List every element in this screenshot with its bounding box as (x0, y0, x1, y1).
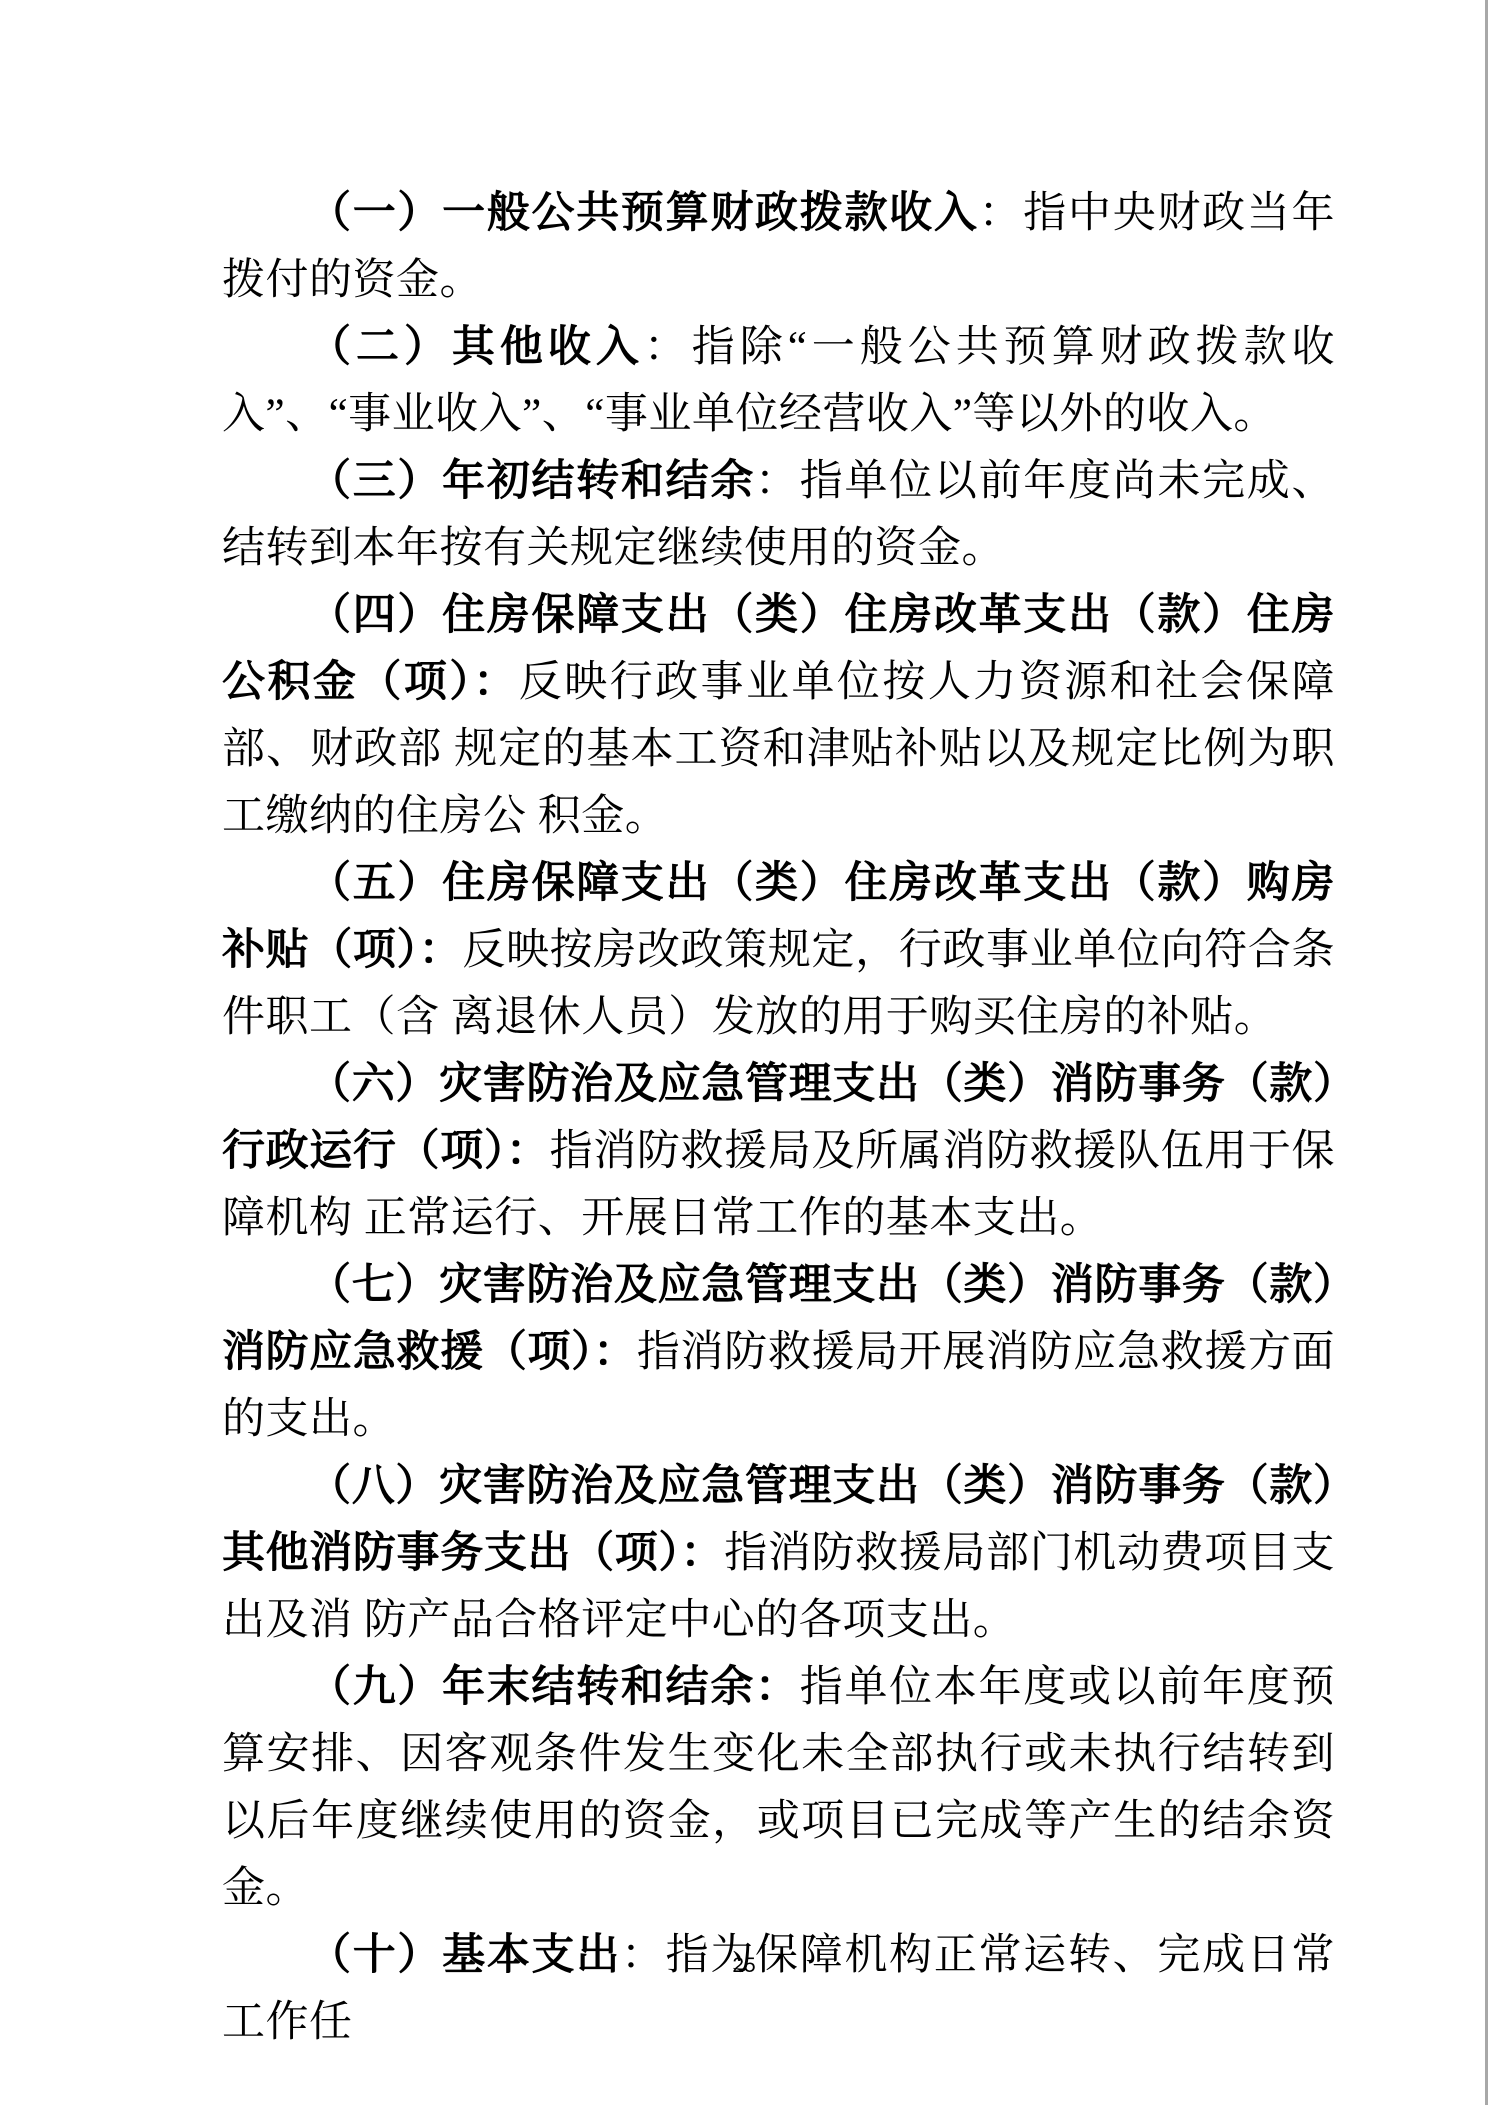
definition-paragraph-2: （二）其他收入：指除“一般公共预算财政拨款收入”、“事业收入”、“事业单位经营收… (222, 314, 1335, 448)
term-label: （一）一般公共预算财政拨款收入 (308, 189, 979, 237)
definition-paragraph-10: （十）基本支出：指为保障机构正常运转、完成日常工作任 (222, 1922, 1335, 2056)
page-number: 25 (0, 1954, 1488, 1978)
definition-paragraph-9: （九）年末结转和结余：指单位本年度或以前年度预算安排、因客观条件发生变化未全部执… (222, 1654, 1335, 1922)
term-label: （九）年末结转和结余： (308, 1663, 800, 1711)
term-label: （三）年初结转和结余 (308, 457, 755, 505)
term-label: （二）其他收入 (308, 323, 644, 371)
definition-paragraph-4: （四）住房保障支出（类）住房改革支出（款）住房公积金（项）：反映行政事业单位按人… (222, 582, 1335, 850)
definition-paragraph-8: （八）灾害防治及应急管理支出（类）消防事务（款）其他消防事务支出（项）：指消防救… (222, 1453, 1335, 1654)
definition-paragraph-3: （三）年初结转和结余：指单位以前年度尚未完成、结转到本年按有关规定继续使用的资金… (222, 448, 1335, 582)
document-page: （一）一般公共预算财政拨款收入：指中央财政当年拨付的资金。 （二）其他收入：指除… (0, 0, 1488, 2105)
definition-paragraph-1: （一）一般公共预算财政拨款收入：指中央财政当年拨付的资金。 (222, 180, 1335, 314)
definition-paragraph-6: （六）灾害防治及应急管理支出（类）消防事务（款）行政运行（项）：指消防救援局及所… (222, 1051, 1335, 1252)
document-body: （一）一般公共预算财政拨款收入：指中央财政当年拨付的资金。 （二）其他收入：指除… (222, 180, 1335, 2056)
definition-paragraph-5: （五）住房保障支出（类）住房改革支出（款）购房补贴（项）：反映按房改政策规定，行… (222, 850, 1335, 1051)
definition-paragraph-7: （七）灾害防治及应急管理支出（类）消防事务（款）消防应急救援（项）：指消防救援局… (222, 1252, 1335, 1453)
